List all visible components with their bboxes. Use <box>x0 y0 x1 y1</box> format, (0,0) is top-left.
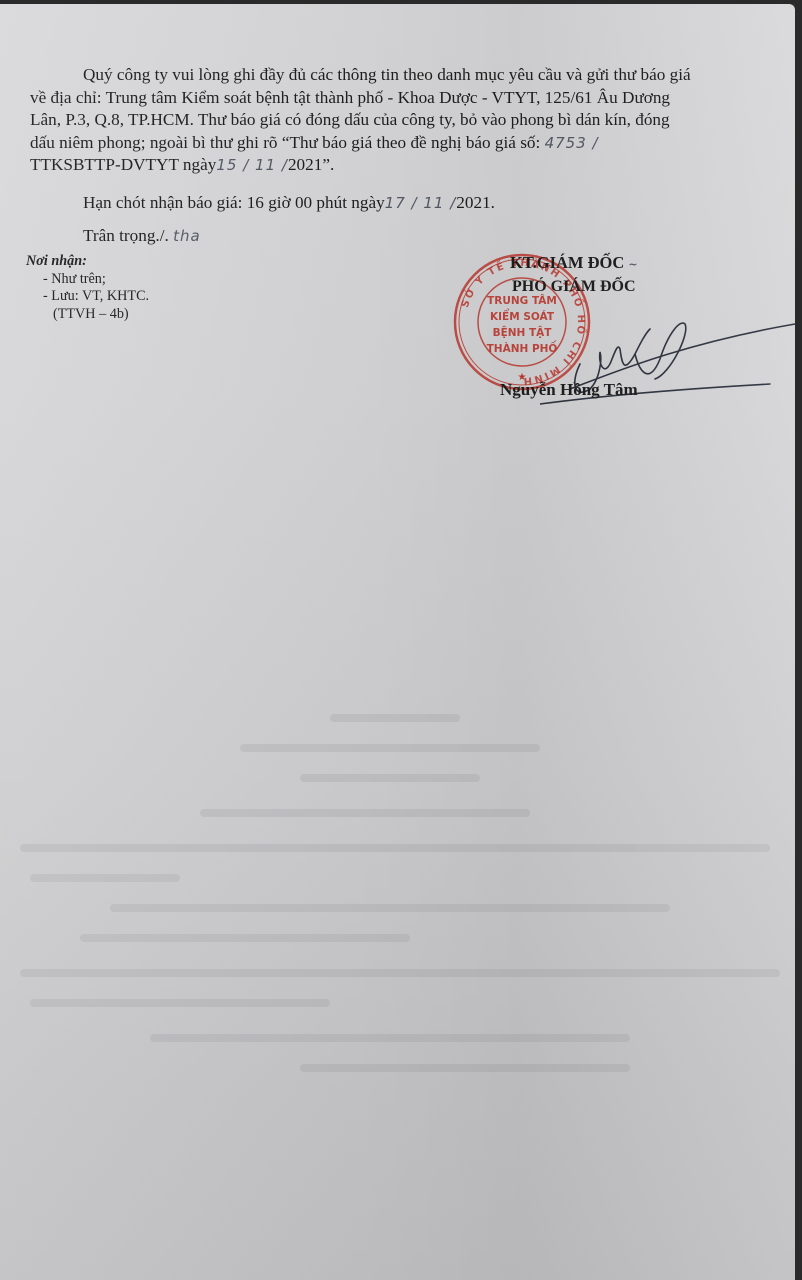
recipient-item: (TTVH – 4b) <box>26 306 149 324</box>
recipient-item: - Lưu: VT, KHTC. <box>26 288 149 306</box>
body-line-4: dấu niêm phong; ngoài bì thư ghi rõ “Thư… <box>30 132 730 155</box>
signature-subtitle: PHÓ GIÁM ĐỐC <box>512 276 636 299</box>
recipients-block: Nơi nhận: - Như trên; - Lưu: VT, KHTC. (… <box>26 253 149 323</box>
handwritten-ref-date: 15 / 11 / <box>216 156 288 174</box>
bleed-through-text <box>0 694 795 1114</box>
body-line-5: TTKSBTTP-DVTYT ngày15 / 11 /2021”. <box>30 154 730 177</box>
handwritten-initials: tha <box>173 227 201 245</box>
recipients-title: Nơi nhận: <box>26 253 149 271</box>
deadline-line: Hạn chót nhận báo giá: 16 giờ 00 phút ng… <box>83 192 495 215</box>
handwritten-deadline-date: 17 / 11 / <box>385 194 457 212</box>
body-paragraph: Quý công ty vui lòng ghi đầy đủ các thôn… <box>30 64 730 177</box>
body-line-3: Lân, P.3, Q.8, TP.HCM. Thư báo giá có đó… <box>30 109 730 132</box>
signature-title: KT.GIÁM ĐỐC ~ <box>510 252 639 277</box>
body-line-1: Quý công ty vui lòng ghi đầy đủ các thôn… <box>30 64 730 87</box>
handwritten-quote-number: 4753 / <box>545 134 599 152</box>
handwritten-mark: ~ <box>628 258 638 271</box>
document-page: Quý công ty vui lòng ghi đầy đủ các thôn… <box>0 4 795 1280</box>
body-line-2: về địa chỉ: Trung tâm Kiểm soát bệnh tật… <box>30 87 730 110</box>
closing-regards: Trân trọng./. tha <box>83 225 201 248</box>
recipient-item: - Như trên; <box>26 271 149 289</box>
signer-name: Nguyễn Hồng Tâm <box>500 379 638 402</box>
